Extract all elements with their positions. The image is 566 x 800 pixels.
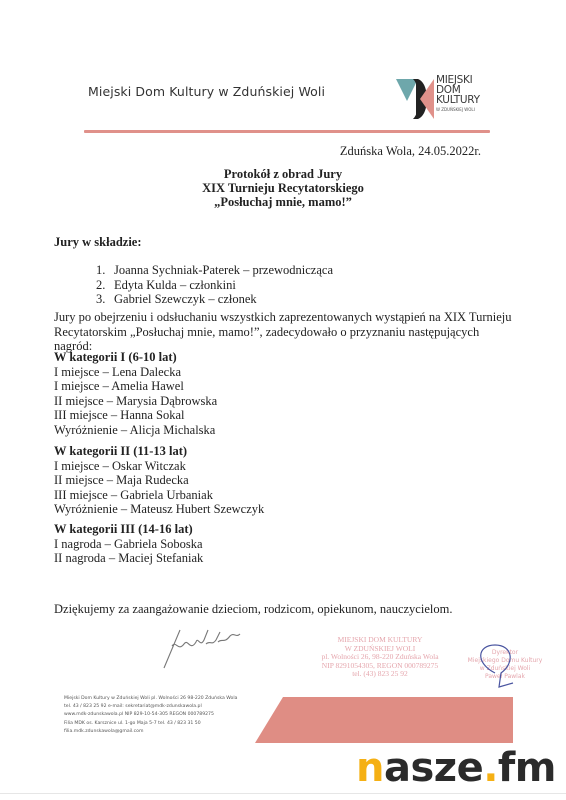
thanks-line: Dziękujemy za zaangażowanie dzieciom, ro… xyxy=(54,602,452,617)
logo-line-3: KULTURY xyxy=(436,95,480,105)
jury-member-text: Joanna Sychniak-Paterek – przewodnicząca xyxy=(114,263,333,277)
award-line: III miejsce – Gabriela Urbaniak xyxy=(54,488,264,503)
award-line: II nagroda – Maciej Stefaniak xyxy=(54,551,203,566)
category-heading: W kategorii III (14-16 lat) xyxy=(54,522,203,537)
award-line: I miejsce – Amelia Hawel xyxy=(54,379,217,394)
jury-member: 1.Joanna Sychniak-Paterek – przewodniczą… xyxy=(96,263,333,278)
stamp-line: tel. (43) 823 25 92 xyxy=(300,670,460,679)
award-line: II miejsce – Maja Rudecka xyxy=(54,473,264,488)
logo-subline: W ZDUŃSKIEJ WOLI xyxy=(436,107,475,112)
jury-member-text: Gabriel Szewczyk – członek xyxy=(114,292,257,306)
award-line: Wyróżnienie – Alicja Michalska xyxy=(54,423,217,438)
category-heading: W kategorii II (11-13 lat) xyxy=(54,444,264,459)
list-number: 2. xyxy=(96,278,114,293)
director-signature-icon xyxy=(455,643,555,693)
category-heading: W kategorii I (6-10 lat) xyxy=(54,350,217,365)
award-line: II miejsce – Marysia Dąbrowska xyxy=(54,394,217,409)
date-line: Zduńska Wola, 24.05.2022r. xyxy=(340,144,481,159)
watermark-dot: . xyxy=(483,745,498,791)
list-number: 3. xyxy=(96,292,114,307)
decorative-band xyxy=(255,697,513,743)
director-stamp: Dyrektor Miejskiego Domu Kultury w Zduńs… xyxy=(455,643,555,693)
document-title: Protokół z obrad Jury XIX Turnieju Recyt… xyxy=(0,167,566,209)
institution-name: Miejski Dom Kultury w Zduńskiej Woli xyxy=(88,84,325,99)
footer-line: Miejski Dom Kultury w Zduńskiej Woli pl.… xyxy=(64,695,237,703)
footer-line: www.mdk-zdunskawola.pl NIP 829-10-54-305… xyxy=(64,711,237,719)
watermark-asze: asze xyxy=(384,745,483,791)
logo-text: MIEJSKI DOM KULTURY xyxy=(436,75,480,105)
award-line: I miejsce – Lena Dalecka xyxy=(54,365,217,380)
bottom-divider xyxy=(0,793,566,794)
header-divider xyxy=(84,130,490,133)
signature-icon xyxy=(150,622,250,672)
list-number: 1. xyxy=(96,263,114,278)
institution-stamp: MIEJSKI DOM KULTURY W ZDUŃSKIEJ WOLI pl.… xyxy=(300,636,460,679)
title-line-2: XIX Turnieju Recytatorskiego xyxy=(0,181,566,195)
category-2: W kategorii II (11-13 lat) I miejsce – O… xyxy=(54,444,264,517)
jury-member: 2.Edyta Kulda – członkini xyxy=(96,278,333,293)
watermark-fm: fm xyxy=(498,745,556,791)
category-3: W kategorii III (14-16 lat) I nagroda – … xyxy=(54,522,203,566)
award-line: Wyróżnienie – Mateusz Hubert Szewczyk xyxy=(54,502,264,517)
mdk-logo: MIEJSKI DOM KULTURY W ZDUŃSKIEJ WOLI xyxy=(396,74,506,120)
footer-line: tel. 43 / 823 25 92 e-mail: sekretariat@… xyxy=(64,703,237,711)
title-line-1: Protokół z obrad Jury xyxy=(0,167,566,181)
award-line: I miejsce – Oskar Witczak xyxy=(54,459,264,474)
jury-member-text: Edyta Kulda – członkini xyxy=(114,278,236,292)
award-line: I nagroda – Gabriela Soboska xyxy=(54,537,203,552)
jury-heading: Jury w składzie: xyxy=(54,235,142,250)
award-line: III miejsce – Hanna Sokal xyxy=(54,408,217,423)
footer-contact: Miejski Dom Kultury w Zduńskiej Woli pl.… xyxy=(64,695,237,736)
jury-list: 1.Joanna Sychniak-Paterek – przewodniczą… xyxy=(96,263,333,307)
logo-mark-icon xyxy=(396,75,436,119)
category-1: W kategorii I (6-10 lat) I miejsce – Len… xyxy=(54,350,217,438)
title-line-3: „Posłuchaj mnie, mamo!” xyxy=(0,195,566,209)
watermark-n: n xyxy=(356,745,384,791)
intro-paragraph: Jury po obejrzeniu i odsłuchaniu wszystk… xyxy=(54,310,514,354)
nasze-fm-watermark: nasze.fm xyxy=(356,746,556,790)
footer-line: filia.mdk.zdunskawola@gmail.com xyxy=(64,728,237,736)
footer-line: Filia MDK os. Karsznice ul. 1-go Maja 5-… xyxy=(64,720,237,728)
jury-member: 3.Gabriel Szewczyk – członek xyxy=(96,292,333,307)
